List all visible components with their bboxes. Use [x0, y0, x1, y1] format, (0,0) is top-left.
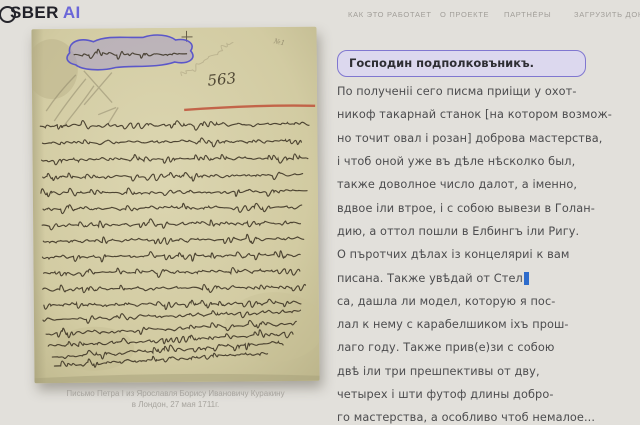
transcription-line: вдвое іли втрое, і с собою вывези в Гола… [337, 196, 635, 219]
transcription-line: четырех і шти футоф длины добро- [337, 383, 635, 406]
transcription-line: лал к нему с карабелшиком іхъ прош- [337, 313, 635, 336]
transcription-line: дию, а оттол пошли в Елбингъ іли Ригу. [337, 220, 635, 243]
transcription-line: двѣ іли три прешпективы от дву, [337, 360, 635, 383]
transcription-line: і чтоб оной уже въ дѣле нѣсколко был, [337, 150, 635, 173]
top-bar: SBERAI КАК ЭТО РАБОТАЕТ О ПРОЕКТЕ ПАРТНЁ… [0, 0, 640, 30]
transcription-line: О пъротчих дѣлах із концеляриі к вам [337, 243, 635, 266]
caption-line-2: в Лондон, 27 мая 1711г. [23, 399, 328, 410]
transcription-heading[interactable]: Господин подполковъникъ. [337, 50, 586, 77]
transcription-line: са, дашла ли модел, которую я пос- [337, 290, 635, 313]
transcription-line-with-cursor: писана. Также увѣдай от Стел [337, 266, 635, 289]
transcription-panel: Господин подполковъникъ. По полученіі се… [337, 50, 635, 425]
caption-line-1: Письмо Петра I из Ярославля Борису Ивано… [23, 388, 328, 399]
transcription-line: По полученіі сего писма приіщи у охот- [337, 80, 635, 103]
nav-about-project[interactable]: О ПРОЕКТЕ [440, 10, 489, 19]
manuscript-caption: Письмо Петра I из Ярославля Борису Ивано… [23, 388, 328, 410]
transcription-line: также доволное число далот, а іменно, [337, 173, 635, 196]
nav-how-it-works[interactable]: КАК ЭТО РАБОТАЕТ [348, 10, 432, 19]
heading-text: Господин подполковъникъ. [349, 56, 534, 70]
transcription-line: го мастерства, а особливо чтоб немалое..… [337, 406, 635, 425]
transcription-line: писана. Также увѣдай от Стел [337, 272, 523, 285]
transcription-line: лаго году. Также прив(е)зи с собою [337, 336, 635, 359]
text-cursor[interactable] [524, 272, 529, 285]
transcription-line: но точит овал і розан] доброва мастерств… [337, 127, 635, 150]
nav-partners[interactable]: ПАРТНЁРЫ [504, 10, 551, 19]
transcription-text[interactable]: По полученіі сего писма приіщи у охот- н… [337, 80, 635, 425]
logo-text-sber: SBER [10, 3, 59, 22]
logo-text-ai: AI [63, 3, 81, 22]
manuscript-photo: №1 563 [31, 27, 319, 383]
page-number: 563 [207, 69, 237, 90]
nav-upload-document[interactable]: ЗАГРУЗИТЬ ДОК [574, 10, 640, 19]
transcription-line: никоф такарнай станок [на котором возмож… [337, 103, 635, 126]
sber-ai-logo[interactable]: SBERAI [10, 3, 81, 23]
